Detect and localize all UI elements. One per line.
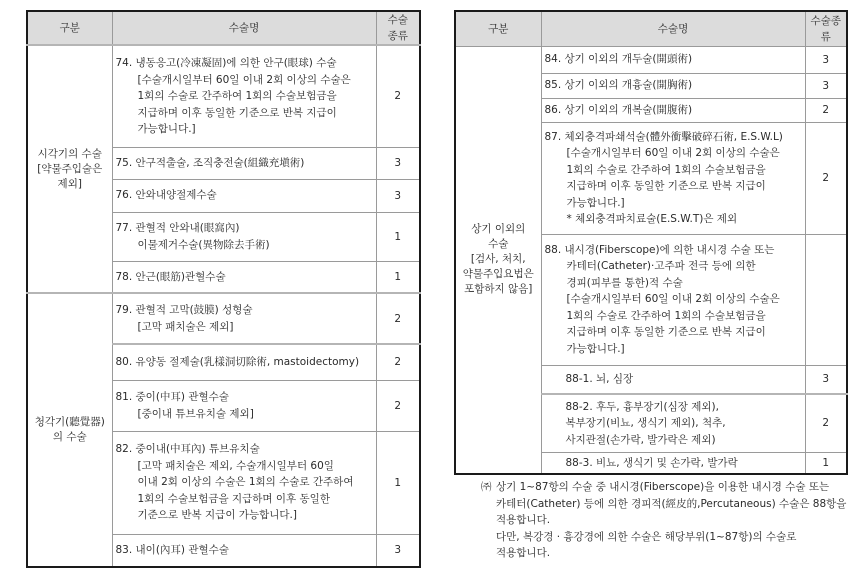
surgery-type-76: 3 bbox=[376, 179, 420, 212]
surgery-name-88: 88. 내시경(Fiberscope)에 의한 내시경 수술 또는 카테터(Ca… bbox=[541, 234, 805, 365]
surgery-name-80: 80. 유양동 절제술(乳樣洞切除術, mastoidectomy) bbox=[112, 344, 376, 380]
surgery-name-83: 83. 내이(內耳) 관혈수술 bbox=[112, 534, 376, 567]
header-surgery-name: 수술명 bbox=[541, 11, 805, 46]
surgery-type-78: 1 bbox=[376, 261, 420, 293]
header-category: 구분 bbox=[455, 11, 541, 46]
surgery-name-88-3: 88-3. 비뇨, 생식기 및 손가락, 발가락 bbox=[541, 452, 805, 474]
surgery-name-88-1: 88-1. 뇌, 심장 bbox=[541, 365, 805, 394]
header-category: 구분 bbox=[27, 11, 112, 45]
surgery-name-81: 81. 중이(中耳) 관혈수술 [중이내 튜브유치술 제외] bbox=[112, 380, 376, 431]
surgery-name-84: 84. 상기 이외의 개두술(開頭術) bbox=[541, 46, 805, 73]
surgery-type-82: 1 bbox=[376, 431, 420, 534]
surgery-name-82: 82. 중이내(中耳內) 튜브유치술 [고막 패치술은 제외, 수술개시일부터 … bbox=[112, 431, 376, 534]
surgery-type-79: 2 bbox=[376, 293, 420, 344]
surgery-name-76: 76. 안와내양절제수술 bbox=[112, 179, 376, 212]
surgery-type-83: 3 bbox=[376, 534, 420, 567]
surgery-name-88-2: 88-2. 후두, 흉부장기(심장 제외), 복부장기(비뇨, 생식기 제외),… bbox=[541, 394, 805, 452]
surgery-type-88-3: 1 bbox=[805, 452, 847, 474]
surgery-type-81: 2 bbox=[376, 380, 420, 431]
surgery-type-84: 3 bbox=[805, 46, 847, 73]
surgery-type-77: 1 bbox=[376, 212, 420, 261]
surgery-name-87: 87. 체외충격파쇄석술(體外衝擊破碎石術, E.S.W.L) [수술개시일부터… bbox=[541, 122, 805, 234]
surgery-type-75: 3 bbox=[376, 147, 420, 179]
surgery-name-79: 79. 관혈적 고막(鼓膜) 성형술 [고막 패치술은 제외] bbox=[112, 293, 376, 344]
header-surgery-type: 수술 종류 bbox=[376, 11, 420, 45]
surgery-name-78: 78. 안근(眼筋)관혈수술 bbox=[112, 261, 376, 293]
table-row: 시각기의 수술 [약물주입술은 제외] 74. 냉동응고(冷凍凝固)에 의한 안… bbox=[27, 45, 420, 147]
surgery-name-75: 75. 안구적출술, 조직충전술(組織充塡術) bbox=[112, 147, 376, 179]
surgery-type-74: 2 bbox=[376, 45, 420, 147]
surgery-type-85: 3 bbox=[805, 73, 847, 98]
surgery-type-80: 2 bbox=[376, 344, 420, 380]
surgery-name-74: 74. 냉동응고(冷凍凝固)에 의한 안구(眼球) 수술 [수술개시일부터 60… bbox=[112, 45, 376, 147]
header-surgery-name: 수술명 bbox=[112, 11, 376, 45]
surgery-type-88 bbox=[805, 234, 847, 365]
surgery-type-86: 2 bbox=[805, 98, 847, 122]
surgery-type-87: 2 bbox=[805, 122, 847, 234]
header-surgery-type: 수술종 류 bbox=[805, 11, 847, 46]
right-surgery-table: 구분 수술명 수술종 류 상기 이외의 수술 [검사, 처치, 약물주입요법은 … bbox=[454, 10, 848, 475]
surgery-name-77: 77. 관혈적 안와내(眼窩內) 이물제거수술(異物除去手術) bbox=[112, 212, 376, 261]
surgery-name-85: 85. 상기 이외의 개흉술(開胸術) bbox=[541, 73, 805, 98]
surgery-type-88-1: 3 bbox=[805, 365, 847, 394]
surgery-type-88-2: 2 bbox=[805, 394, 847, 452]
table-row: 청각기(聽覺器) 의 수술 79. 관혈적 고막(鼓膜) 성형술 [고막 패치술… bbox=[27, 293, 420, 344]
left-surgery-table: 구분 수술명 수술 종류 시각기의 수술 [약물주입술은 제외] 74. 냉동응… bbox=[26, 10, 421, 568]
category-visual-surgery: 시각기의 수술 [약물주입술은 제외] bbox=[27, 45, 112, 293]
table-row: 상기 이외의 수술 [검사, 처치, 약물주입요법은 포함하지 않음] 84. … bbox=[455, 46, 847, 73]
note-mark: ㈜ bbox=[481, 479, 496, 496]
category-other-surgery: 상기 이외의 수술 [검사, 처치, 약물주입요법은 포함하지 않음] bbox=[455, 46, 541, 474]
footnote: ㈜상기 1~87항의 수술 중 내시경(Fiberscope)을 이용한 내시경… bbox=[481, 479, 861, 562]
surgery-name-86: 86. 상기 이외의 개복술(開腹術) bbox=[541, 98, 805, 122]
category-auditory-surgery: 청각기(聽覺器) 의 수술 bbox=[27, 293, 112, 567]
